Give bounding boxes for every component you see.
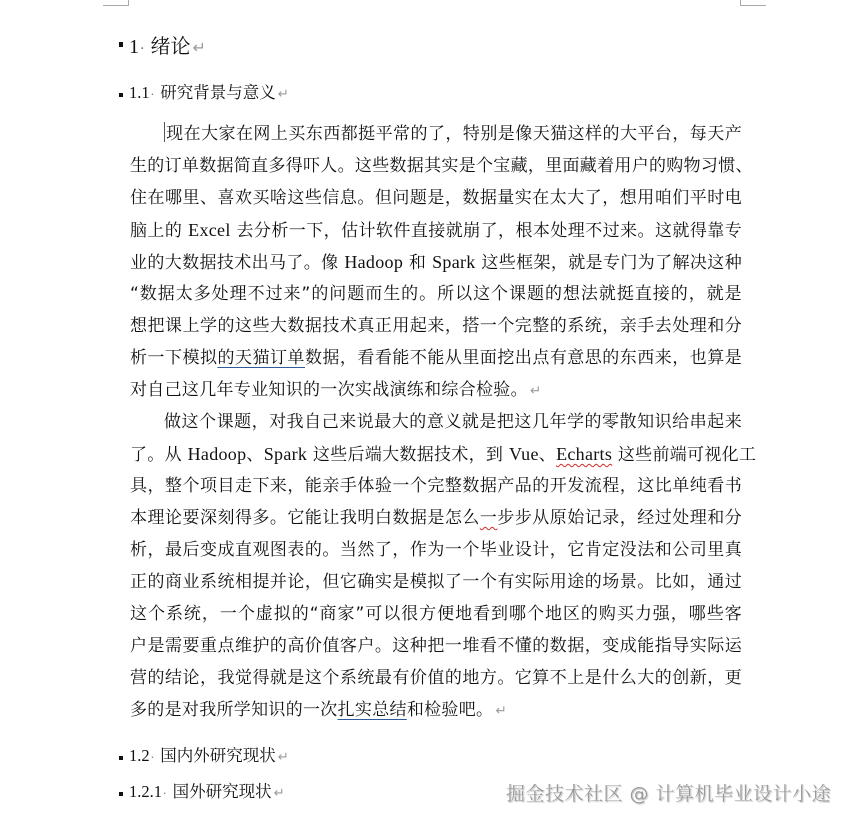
heading-title: 国外研究现状: [173, 778, 272, 802]
paragraph-mark-icon: ↵: [274, 786, 285, 801]
text-line: 这个系统，一个虚拟的“商家”可以很方便地看到哪个地区的购买力强，哪些客: [130, 598, 742, 630]
text-run: 本理论要深刻得多。它能让我明白数据是怎么: [130, 508, 480, 528]
text-run: 具，整个项目走下来，能亲手体验一个完整数据产品的开发流程，这比单纯看书: [130, 476, 742, 496]
text-run: 数据，看看能不能从里面挖出点有意思的东西来，也算是: [305, 348, 742, 368]
text-run: 这些后端大数据技术，到: [307, 445, 509, 465]
spelling-flagged-text: 一: [480, 508, 498, 528]
text-run: 住在哪里、喜欢买啥这些信息。但问题是，数据量实在太大了，想用咱们平时电: [130, 188, 742, 208]
text-run: 正的商业系统相提并论，但它确实是模拟了一个有实际用途的场景。比如，通过: [130, 572, 742, 592]
text-run: 户是需要重点维护的高价值客户。这种把一堆看不懂的数据，变成能指导实际运: [130, 636, 742, 656]
text-line: 做这个课题，对我自己来说最大的意义就是把这几年学的零散知识给串起来: [130, 406, 742, 438]
text-run: “数据太多处理不过来”的问题而生的。所以这个课题的想法就挺直接的，就是: [130, 284, 742, 304]
text-run: 这个系统，一个虚拟的“商家”可以很方便地看到哪个地区的购买力强，哪些客: [130, 604, 742, 624]
text-cursor: [164, 122, 165, 142]
text-run: 和: [403, 253, 432, 273]
text-line: 析一下模拟的天猫订单数据，看看能不能从里面挖出点有意思的东西来，也算是: [130, 342, 742, 374]
text-run: 营的结论，我觉得就是这个系统最有价值的地方。它算不上是什么大的创新，更: [130, 668, 742, 688]
text-run: 这些框架，就是专门为了解决这种: [476, 253, 742, 273]
text-run: 了。从: [130, 445, 188, 465]
text-line: 本理论要深刻得多。它能让我明白数据是怎么一步步从原始记录，经过处理和分: [130, 502, 742, 534]
text-run: 步步从原始记录，经过处理和分: [497, 508, 742, 528]
list-marker-icon: [119, 792, 123, 796]
text-run: 析一下模拟: [130, 348, 217, 368]
heading-number: 1: [129, 36, 139, 59]
paragraph-mark-icon: ↵: [530, 383, 542, 399]
text-run: 去分析一下，估计软件直接就崩了，根本处理不过来。这就得靠专: [231, 221, 742, 241]
text-line: 具，整个项目走下来，能亲手体验一个完整数据产品的开发流程，这比单纯看书: [130, 470, 742, 502]
document-body[interactable]: 现在大家在网上买东西都挺平常的了，特别是像天猫这样的大平台，每天产生的订单数据简…: [130, 118, 742, 726]
paragraph[interactable]: 现在大家在网上买东西都挺平常的了，特别是像天猫这样的大平台，每天产生的订单数据简…: [130, 118, 742, 406]
text-run: 生的订单数据简直多得吓人。这些数据其实是个宝藏，里面藏着用户的购物习惯、: [130, 156, 753, 176]
heading-2-background[interactable]: 1.1 · 研究背景与意义 ↵: [119, 79, 289, 103]
text-run: Excel: [188, 220, 230, 240]
text-run: 这些前端可视化工: [612, 445, 756, 465]
text-line: 多的是对我所学知识的一次扎实总结和检验吧。↵: [130, 694, 742, 726]
number-separator: ·: [140, 41, 144, 57]
heading-1-chapter[interactable]: 1 · 绪论 ↵: [119, 30, 206, 59]
text-line: 业的大数据技术出马了。像 Hadoop 和 Spark 这些框架，就是专门为了解…: [130, 246, 742, 278]
paragraph-mark-icon: ↵: [278, 750, 289, 765]
paragraph-mark-icon: ↵: [278, 87, 289, 102]
text-run: 析，最后变成直观图表的。当然了，作为一个毕业设计，它肯定没法和公司里真: [130, 540, 742, 560]
list-marker-icon: [119, 93, 123, 97]
heading-number: 1.2: [129, 746, 150, 766]
number-separator: ·: [151, 750, 155, 764]
grammar-flagged-text: 的天猫订单: [217, 348, 304, 368]
text-run: 业的大数据技术出马了。像: [130, 253, 344, 273]
text-run: 和检验吧。: [407, 700, 494, 720]
text-run: Hadoop: [344, 252, 403, 272]
text-line: 生的订单数据简直多得吓人。这些数据其实是个宝藏，里面藏着用户的购物习惯、: [130, 150, 742, 182]
text-run: 、: [246, 445, 263, 465]
text-line: 营的结论，我觉得就是这个系统最有价值的地方。它算不上是什么大的创新，更: [130, 662, 742, 694]
text-run: 对自己这几年专业知识的一次实战演练和综合检验。: [130, 380, 528, 400]
text-line: 脑上的 Excel 去分析一下，估计软件直接就崩了，根本处理不过来。这就得靠专: [130, 214, 742, 246]
text-line: 现在大家在网上买东西都挺平常的了，特别是像天猫这样的大平台，每天产: [130, 118, 742, 150]
heading-number: 1.1: [129, 83, 150, 103]
spelling-flagged-text: Echarts: [556, 444, 612, 464]
text-run: Vue: [509, 444, 539, 464]
number-separator: ·: [163, 786, 167, 800]
paragraph[interactable]: 做这个课题，对我自己来说最大的意义就是把这几年学的零散知识给串起来了。从 Had…: [130, 406, 742, 726]
text-line: 析，最后变成直观图表的。当然了，作为一个毕业设计，它肯定没法和公司里真: [130, 534, 742, 566]
paragraph-mark-icon: ↵: [192, 38, 205, 57]
paragraph-mark-icon: ↵: [495, 703, 507, 719]
crop-mark-top-right: [740, 0, 766, 6]
watermark: 掘金技术社区 @ 计算机毕业设计小途: [506, 779, 831, 806]
text-line: 想把课上学的这些大数据技术真正用起来，搭一个完整的系统，亲手去处理和分: [130, 310, 742, 342]
crop-mark-top-left: [103, 0, 129, 6]
heading-title: 研究背景与意义: [160, 79, 276, 103]
text-line: “数据太多处理不过来”的问题而生的。所以这个课题的想法就挺直接的，就是: [130, 278, 742, 310]
heading-title: 绪论: [150, 30, 190, 59]
text-line: 住在哪里、喜欢买啥这些信息。但问题是，数据量实在太大了，想用咱们平时电: [130, 182, 742, 214]
text-run: Hadoop: [188, 444, 247, 464]
text-run: Spark: [432, 252, 476, 272]
heading-title: 国内外研究现状: [160, 742, 276, 766]
list-marker-icon: [119, 756, 123, 760]
grammar-flagged-text: 扎实总结: [338, 700, 407, 720]
text-line: 对自己这几年专业知识的一次实战演练和综合检验。↵: [130, 374, 742, 406]
number-separator: ·: [151, 87, 155, 101]
text-run: 脑上的: [130, 221, 188, 241]
text-run: 、: [539, 445, 556, 465]
heading-number: 1.2.1: [129, 782, 162, 802]
text-run: 现在大家在网上买东西都挺平常的了，特别是像天猫这样的大平台，每天产: [166, 124, 742, 144]
text-run: 做这个课题，对我自己来说最大的意义就是把这几年学的零散知识给串起来: [164, 412, 742, 432]
heading-2-research-status[interactable]: 1.2 · 国内外研究现状 ↵: [119, 742, 289, 766]
text-run: 想把课上学的这些大数据技术真正用起来，搭一个完整的系统，亲手去处理和分: [130, 316, 742, 336]
text-run: Spark: [264, 444, 308, 464]
list-marker-icon: [119, 42, 123, 47]
text-line: 正的商业系统相提并论，但它确实是模拟了一个有实际用途的场景。比如，通过: [130, 566, 742, 598]
text-line: 了。从 Hadoop、Spark 这些后端大数据技术，到 Vue、Echarts…: [130, 438, 742, 470]
heading-3-foreign-research[interactable]: 1.2.1 · 国外研究现状 ↵: [119, 778, 285, 802]
text-run: 多的是对我所学知识的一次: [130, 700, 338, 720]
text-line: 户是需要重点维护的高价值客户。这种把一堆看不懂的数据，变成能指导实际运: [130, 630, 742, 662]
